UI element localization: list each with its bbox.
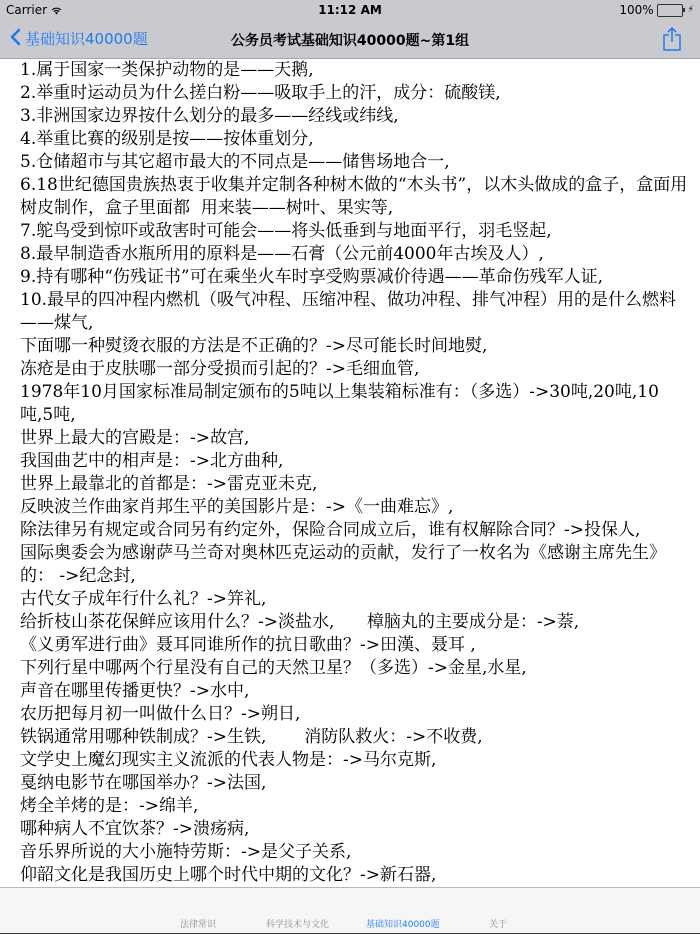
battery-percent: 100% (619, 3, 653, 17)
battery-indicator: 100% ⚡ (619, 3, 694, 17)
question-line: 3.非洲国家边界按什么划分的最多——经线或纬线, (20, 105, 692, 128)
question-line: 古代女子成年行什么礼？->笄礼, (20, 588, 692, 611)
question-line: 国际奥委会为感谢萨马兰奇对奥林匹克运动的贡献，发行了一枚名为《感谢主席先生》的：… (20, 542, 692, 588)
question-line: 8.最早制造香水瓶所用的原料是——石膏（公元前4000年古埃及人）, (20, 243, 692, 266)
question-line: 哪种病人不宜饮茶？->溃疡病, (20, 818, 692, 841)
question-line: 冻疮是由于皮肤哪一部分受损而引起的？->毛细血管, (20, 358, 692, 381)
question-line: 世界上最大的宫殿是：->故宫, (20, 427, 692, 450)
question-line: 下面哪一种熨烫衣服的方法是不正确的？->尽可能长时间地熨, (20, 335, 692, 358)
tab-law[interactable]: 法律常识 (180, 917, 216, 930)
question-line: 6.18世纪德国贵族热衷于收集并定制各种树木做的“木头书”，以木头做成的盒子，盒… (20, 174, 692, 220)
share-button[interactable] (662, 26, 682, 52)
question-line: 除法律另有规定或合同另有约定外，保险合同成立后，谁有权解除合同？->投保人, (20, 519, 692, 542)
question-line: 给折枝山茶花保鲜应该用什么？->淡盐水, 樟脑丸的主要成分是：->萘, (20, 611, 692, 634)
question-line: 9.持有哪种“伤残证书”可在乘坐火车时享受购票减价待遇——革命伤残军人证, (20, 266, 692, 289)
question-line: 农历把每月初一叫做什么日？->朔日, (20, 703, 692, 726)
question-line: 仰韶文化是我国历史上哪个时代中期的文化？->新石器, (20, 864, 692, 887)
status-bar: Carrier 11:12 AM 100% ⚡ (0, 0, 700, 20)
question-line: 世界上最靠北的首都是：->雷克亚未克, (20, 473, 692, 496)
question-line: 下列行星中哪两个行星没有自己的天然卫星？（多选）->金星,水星, (20, 657, 692, 680)
question-line: 7.鸵鸟受到惊吓或敌害时可能会——将头低垂到与地面平行，羽毛竖起, (20, 220, 692, 243)
question-line: 文学史上魔幻现实主义流派的代表人物是：->马尔克斯, (20, 749, 692, 772)
question-line: 音乐界所说的大小施特劳斯：->是父子关系, (20, 841, 692, 864)
share-icon (662, 26, 682, 52)
question-list: 1.属于国家一类保护动物的是——天鹅,2.举重时运动员为什么搓白粉——吸取手上的… (20, 59, 692, 887)
status-time: 11:12 AM (0, 3, 700, 17)
question-line: 戛纳电影节在哪国举办？->法国, (20, 772, 692, 795)
question-line: 1978年10月国家标准局制定颁布的5吨以上集装箱标准有：（多选）->30吨,2… (20, 381, 692, 427)
question-line: 10.最早的四冲程内燃机（吸气冲程、压缩冲程、做功冲程、排气冲程）用的是什么燃料… (20, 289, 692, 335)
question-line: 1.属于国家一类保护动物的是——天鹅, (20, 59, 692, 82)
question-line: 烤全羊烤的是：->绵羊, (20, 795, 692, 818)
question-line: 4.举重比赛的级别是按——按体重划分, (20, 128, 692, 151)
tab-about[interactable]: 关于 (489, 917, 507, 930)
question-line: 5.仓储超市与其它超市最大的不同点是——储售场地合一, (20, 151, 692, 174)
charging-icon: ⚡ (688, 5, 694, 15)
question-line: 2.举重时运动员为什么搓白粉——吸取手上的汗，成分：硫酸镁, (20, 82, 692, 105)
page-title: 公务员考试基础知识40000题~第1组 (0, 30, 700, 50)
question-line: 《义勇军进行曲》聂耳同谁所作的抗日歌曲？->田漢、聂耳 , (20, 634, 692, 657)
question-line: 我国曲艺中的相声是：->北方曲种, (20, 450, 692, 473)
tab-bar: 法律常识 科学技术与文化 基础知识40000题 关于 (0, 887, 700, 934)
navigation-bar: 基础知识40000题 公务员考试基础知识40000题~第1组 (0, 20, 700, 59)
question-line: 声音在哪里传播更快？->水中, (20, 680, 692, 703)
tab-science-culture[interactable]: 科学技术与文化 (266, 917, 329, 930)
battery-icon (657, 4, 683, 17)
question-line: 铁锅通常用哪种铁制成？->生铁, 消防队救火：->不收费, (20, 726, 692, 749)
tab-basic-knowledge[interactable]: 基础知识40000题 (366, 917, 440, 930)
question-line: 反映波兰作曲家肖邦生平的美国影片是：->《一曲难忘》, (20, 496, 692, 519)
